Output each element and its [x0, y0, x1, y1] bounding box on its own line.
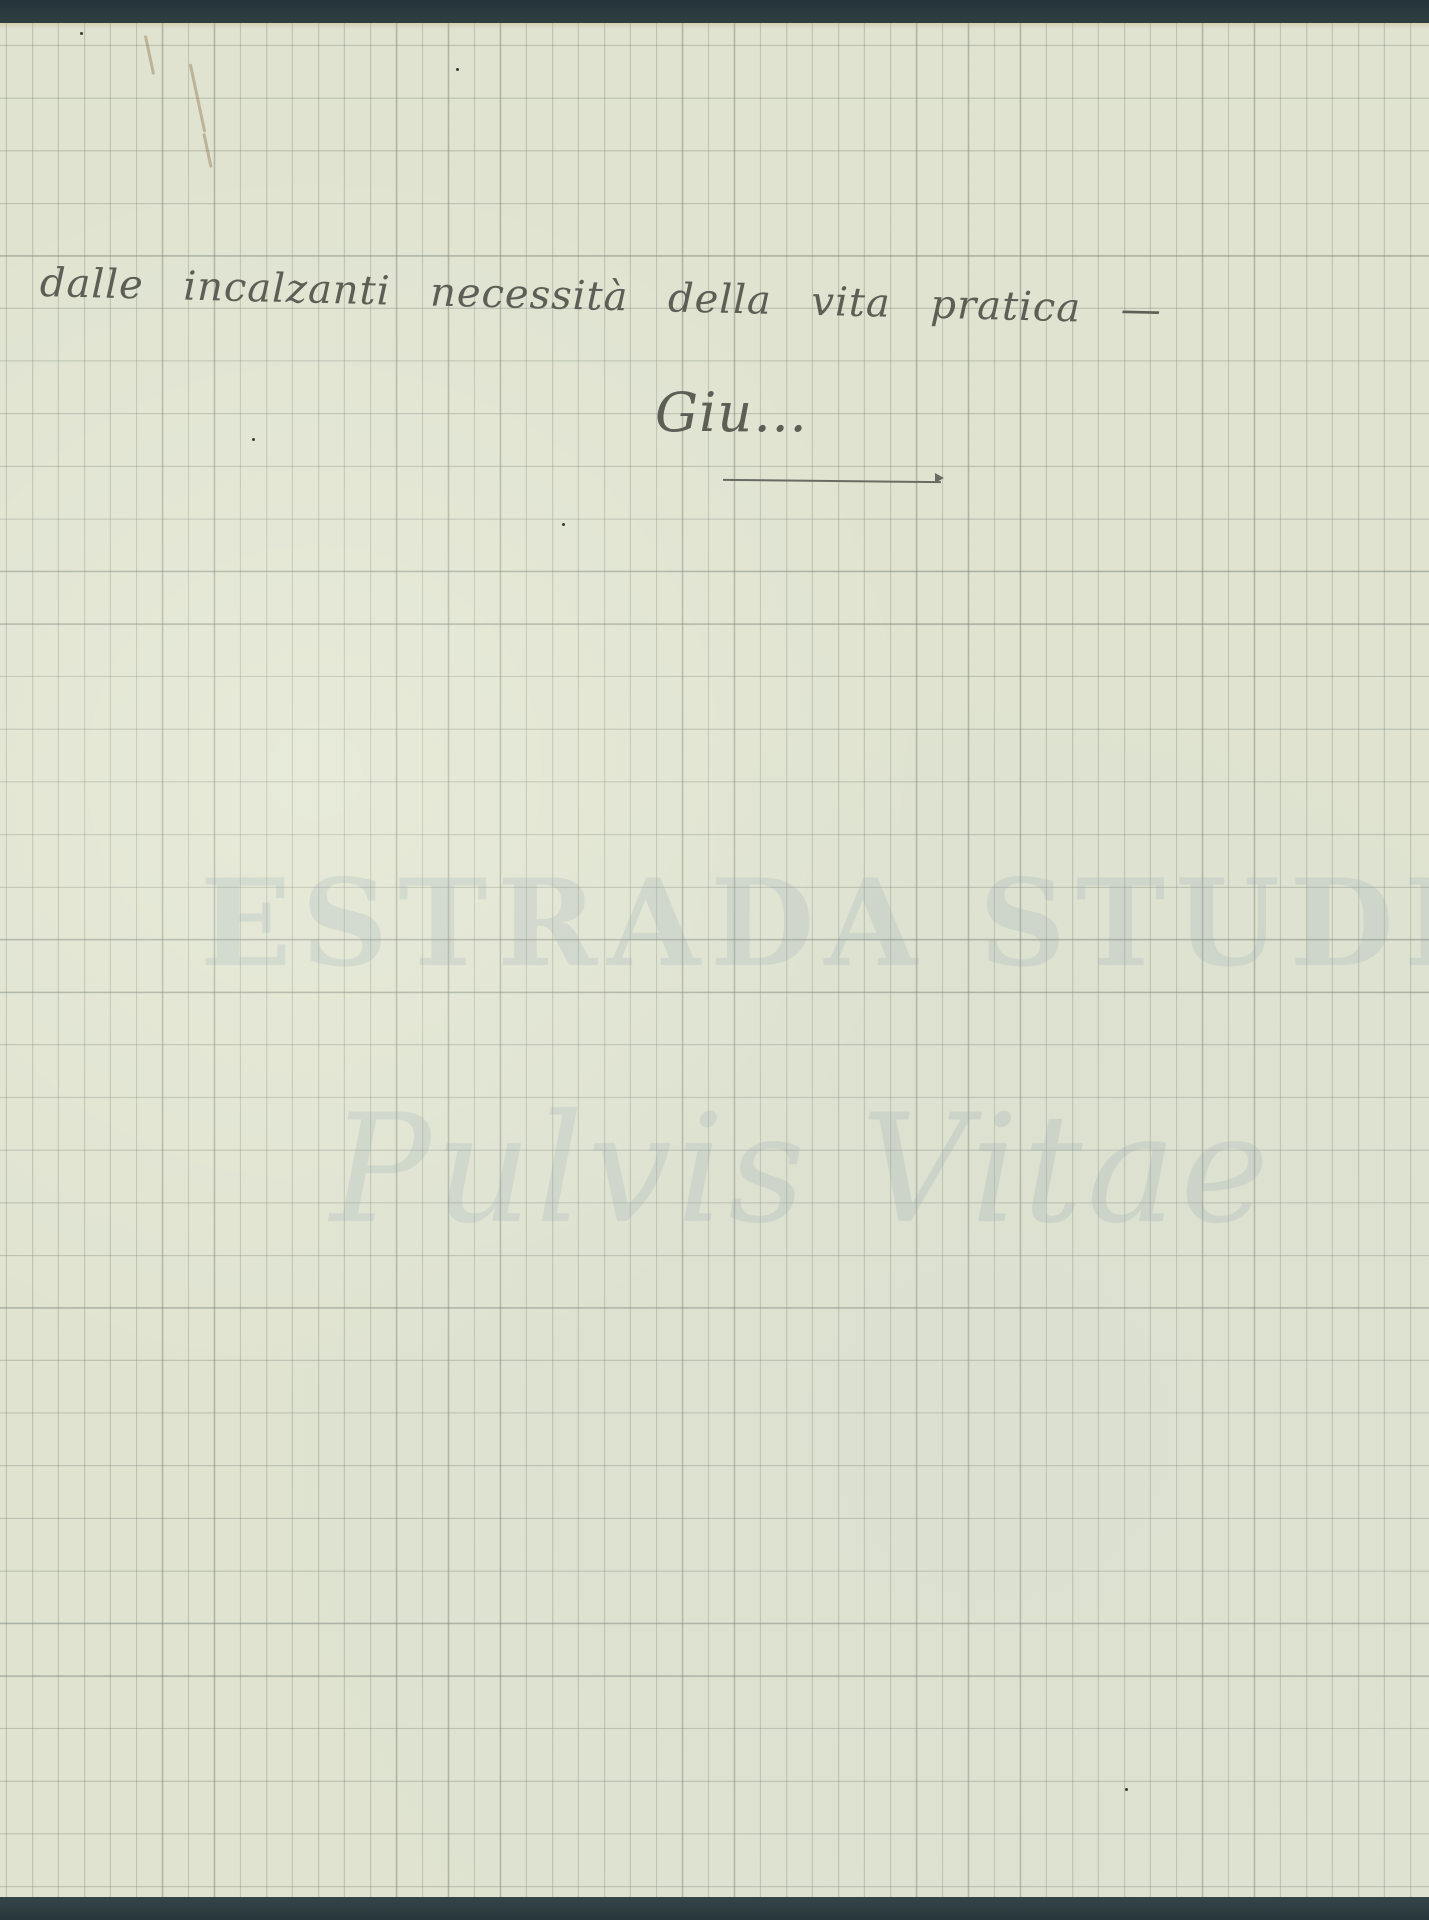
signature-underline	[723, 479, 941, 483]
signature-underline-arrowhead	[935, 473, 944, 483]
scanned-document: ESTRADA STUDIO Pulvis Vitae dalle incalz…	[0, 0, 1429, 1920]
watermark-bleedthrough-title: ESTRADA STUDIO	[200, 853, 1429, 994]
paper-speck	[562, 523, 565, 526]
paper-speck	[252, 438, 255, 441]
watermark-bleedthrough-script: Pulvis Vitae	[330, 1083, 1273, 1257]
handwritten-line: dalle incalzanti necessità della vita pr…	[39, 260, 1162, 333]
paper-speck	[1125, 1788, 1128, 1791]
page-edge-discoloration	[0, 23, 1429, 29]
pencil-smudge	[189, 63, 206, 132]
pencil-smudge	[202, 133, 212, 168]
paper-speck	[80, 32, 83, 35]
handwritten-signature: Giu…	[655, 381, 808, 444]
scan-border-top	[0, 0, 1429, 23]
notebook-page: ESTRADA STUDIO Pulvis Vitae dalle incalz…	[0, 23, 1429, 1897]
pencil-smudge	[144, 35, 155, 75]
paper-speck	[456, 68, 459, 71]
scan-border-bottom	[0, 1897, 1429, 1920]
